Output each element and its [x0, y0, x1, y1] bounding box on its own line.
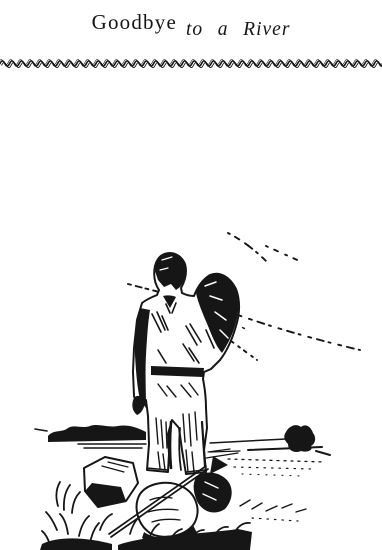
title-italic: to a River	[186, 19, 290, 40]
page-title: Goodbyeto a River	[0, 2, 382, 34]
title-roman: Goodbye	[92, 10, 177, 34]
standing-man-figure	[132, 253, 239, 474]
horizon-right-shore	[206, 425, 330, 476]
horizon-left-treeline	[35, 425, 146, 448]
left-hand	[132, 396, 144, 415]
grass-right	[240, 500, 306, 512]
book-page: Goodbyeto a River	[0, 0, 382, 550]
page-header: Goodbyeto a River	[0, 2, 382, 34]
riverbank-illustration	[0, 200, 382, 550]
wavy-rule-divider	[0, 54, 382, 74]
canoe-paddle-grip	[210, 456, 228, 474]
gear-bundle	[194, 473, 232, 513]
